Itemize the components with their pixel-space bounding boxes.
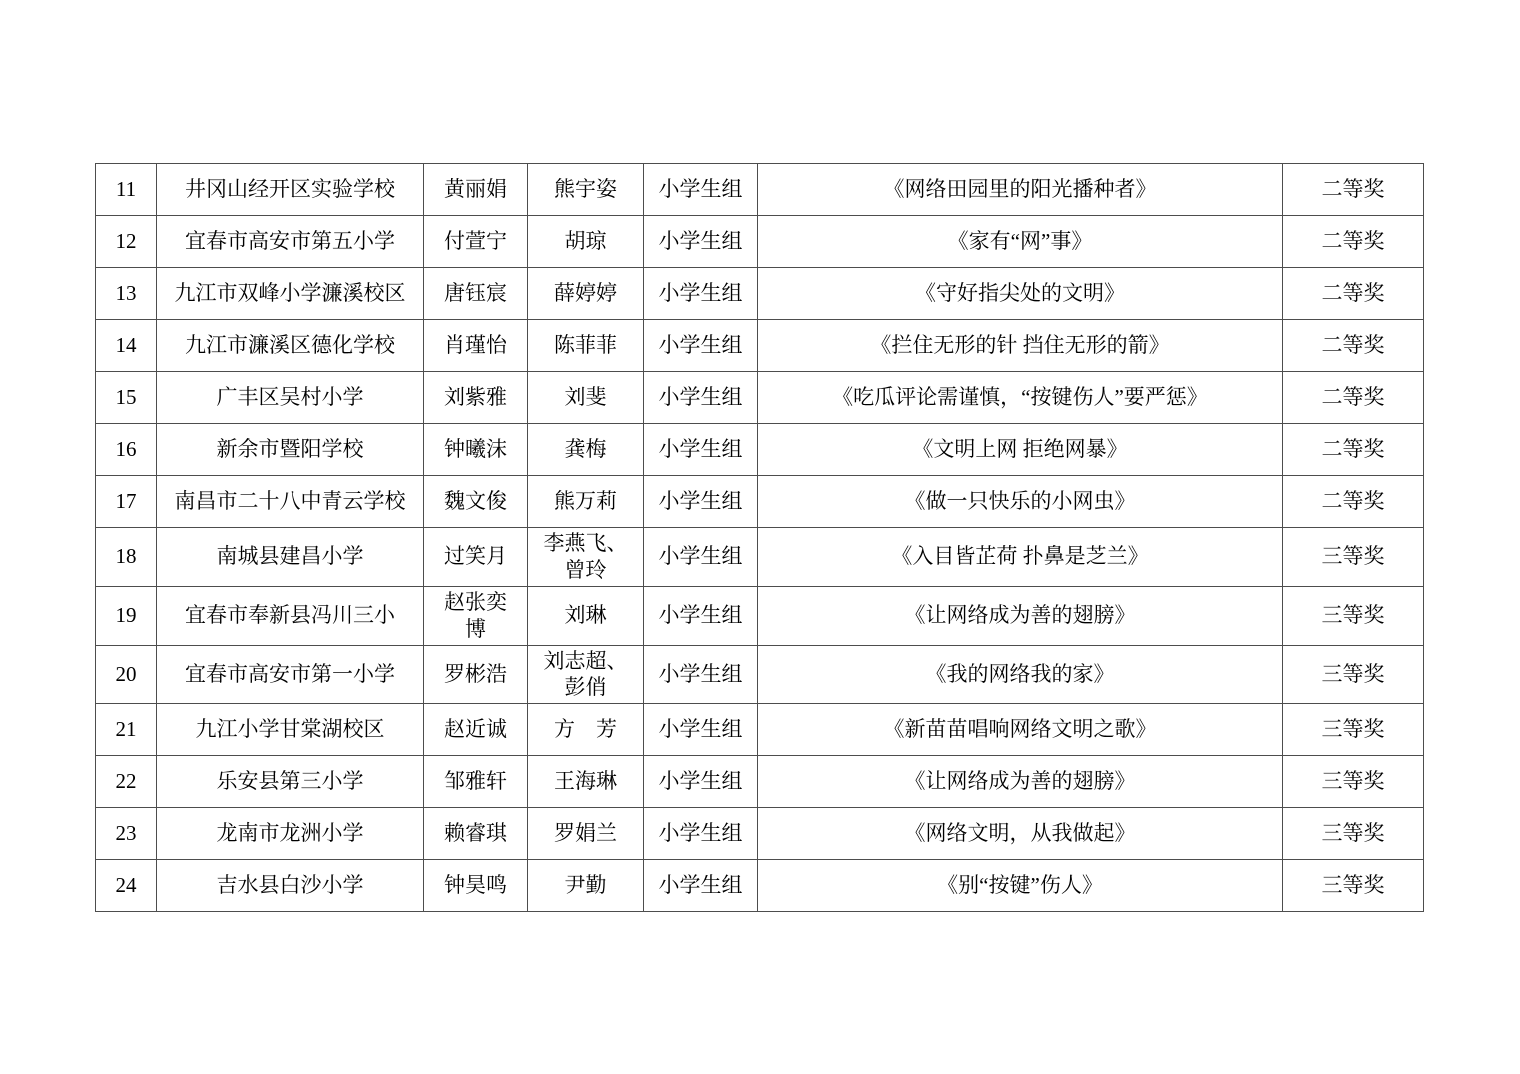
cell-student-name: 邹雅轩 [424,756,528,808]
cell-school-name: 新余市暨阳学校 [157,424,424,476]
cell-group-label: 小学生组 [644,320,758,372]
cell-work-title: 《新苗苗唱响网络文明之歌》 [758,704,1283,756]
cell-row-number: 17 [96,476,157,528]
cell-school-name: 井冈山经开区实验学校 [157,164,424,216]
table-row: 24 吉水县白沙小学 钟昊鸣 尹勤 小学生组 《别“按键”伤人》 三等奖 [96,860,1424,912]
cell-student-name: 赵近诚 [424,704,528,756]
awards-table-body: 11 井冈山经开区实验学校 黄丽娟 熊宇姿 小学生组 《网络田园里的阳光播种者》… [96,164,1424,912]
cell-teacher-name: 刘斐 [528,372,644,424]
table-row: 12 宜春市高安市第五小学 付萱宁 胡琼 小学生组 《家有“网”事》 二等奖 [96,216,1424,268]
table-row: 23 龙南市龙洲小学 赖睿琪 罗娟兰 小学生组 《网络文明，从我做起》 三等奖 [96,808,1424,860]
cell-group-label: 小学生组 [644,372,758,424]
cell-row-number: 23 [96,808,157,860]
cell-school-name: 九江小学甘棠湖校区 [157,704,424,756]
cell-school-name: 龙南市龙洲小学 [157,808,424,860]
cell-row-number: 20 [96,645,157,704]
cell-group-label: 小学生组 [644,476,758,528]
cell-group-label: 小学生组 [644,860,758,912]
cell-teacher-name: 胡琼 [528,216,644,268]
cell-award-level: 二等奖 [1283,216,1424,268]
cell-work-title: 《别“按键”伤人》 [758,860,1283,912]
cell-award-level: 三等奖 [1283,645,1424,704]
cell-group-label: 小学生组 [644,808,758,860]
cell-group-label: 小学生组 [644,216,758,268]
cell-row-number: 11 [96,164,157,216]
cell-teacher-name: 罗娟兰 [528,808,644,860]
table-row: 16 新余市暨阳学校 钟曦沫 龚梅 小学生组 《文明上网 拒绝网暴》 二等奖 [96,424,1424,476]
cell-group-label: 小学生组 [644,704,758,756]
table-row: 22 乐安县第三小学 邹雅轩 王海琳 小学生组 《让网络成为善的翅膀》 三等奖 [96,756,1424,808]
table-row: 15 广丰区吴村小学 刘紫雅 刘斐 小学生组 《吃瓜评论需谨慎，“按键伤人”要严… [96,372,1424,424]
cell-award-level: 三等奖 [1283,756,1424,808]
cell-row-number: 13 [96,268,157,320]
cell-row-number: 22 [96,756,157,808]
cell-student-name: 赖睿琪 [424,808,528,860]
cell-teacher-name: 刘琳 [528,586,644,645]
cell-group-label: 小学生组 [644,164,758,216]
cell-award-level: 三等奖 [1283,586,1424,645]
cell-school-name: 吉水县白沙小学 [157,860,424,912]
cell-work-title: 《我的网络我的家》 [758,645,1283,704]
cell-teacher-name: 李燕飞、 曾玲 [528,528,644,587]
cell-student-name: 肖瑾怡 [424,320,528,372]
cell-work-title: 《让网络成为善的翅膀》 [758,586,1283,645]
cell-row-number: 19 [96,586,157,645]
cell-row-number: 12 [96,216,157,268]
cell-row-number: 21 [96,704,157,756]
table-row: 21 九江小学甘棠湖校区 赵近诚 方 芳 小学生组 《新苗苗唱响网络文明之歌》 … [96,704,1424,756]
cell-teacher-name: 熊宇姿 [528,164,644,216]
cell-work-title: 《守好指尖处的文明》 [758,268,1283,320]
cell-teacher-name: 熊万莉 [528,476,644,528]
table-row: 13 九江市双峰小学濂溪校区 唐钰宸 薛婷婷 小学生组 《守好指尖处的文明》 二… [96,268,1424,320]
cell-group-label: 小学生组 [644,268,758,320]
cell-award-level: 三等奖 [1283,528,1424,587]
cell-work-title: 《网络田园里的阳光播种者》 [758,164,1283,216]
cell-work-title: 《让网络成为善的翅膀》 [758,756,1283,808]
cell-teacher-name: 陈菲菲 [528,320,644,372]
cell-student-name: 魏文俊 [424,476,528,528]
cell-award-level: 二等奖 [1283,372,1424,424]
document-page: 11 井冈山经开区实验学校 黄丽娟 熊宇姿 小学生组 《网络田园里的阳光播种者》… [0,0,1520,1074]
cell-award-level: 三等奖 [1283,860,1424,912]
cell-work-title: 《入目皆芷荷 扑鼻是芝兰》 [758,528,1283,587]
cell-student-name: 唐钰宸 [424,268,528,320]
cell-award-level: 三等奖 [1283,704,1424,756]
cell-school-name: 宜春市高安市第五小学 [157,216,424,268]
cell-award-level: 二等奖 [1283,476,1424,528]
awards-table-container: 11 井冈山经开区实验学校 黄丽娟 熊宇姿 小学生组 《网络田园里的阳光播种者》… [95,163,1424,912]
cell-school-name: 南城县建昌小学 [157,528,424,587]
cell-school-name: 南昌市二十八中青云学校 [157,476,424,528]
cell-teacher-name: 龚梅 [528,424,644,476]
cell-award-level: 三等奖 [1283,808,1424,860]
cell-award-level: 二等奖 [1283,424,1424,476]
cell-teacher-name: 尹勤 [528,860,644,912]
cell-group-label: 小学生组 [644,645,758,704]
cell-teacher-name: 王海琳 [528,756,644,808]
cell-teacher-name: 方 芳 [528,704,644,756]
table-row: 18 南城县建昌小学 过笑月 李燕飞、 曾玲 小学生组 《入目皆芷荷 扑鼻是芝兰… [96,528,1424,587]
cell-group-label: 小学生组 [644,528,758,587]
cell-student-name: 钟曦沫 [424,424,528,476]
cell-group-label: 小学生组 [644,756,758,808]
cell-teacher-name: 刘志超、 彭俏 [528,645,644,704]
cell-student-name: 黄丽娟 [424,164,528,216]
cell-group-label: 小学生组 [644,424,758,476]
cell-row-number: 18 [96,528,157,587]
cell-group-label: 小学生组 [644,586,758,645]
cell-student-name: 赵张奕 博 [424,586,528,645]
table-row: 19 宜春市奉新县冯川三小 赵张奕 博 刘琳 小学生组 《让网络成为善的翅膀》 … [96,586,1424,645]
cell-school-name: 九江市濂溪区德化学校 [157,320,424,372]
cell-row-number: 16 [96,424,157,476]
cell-work-title: 《做一只快乐的小网虫》 [758,476,1283,528]
cell-work-title: 《文明上网 拒绝网暴》 [758,424,1283,476]
cell-work-title: 《家有“网”事》 [758,216,1283,268]
table-row: 11 井冈山经开区实验学校 黄丽娟 熊宇姿 小学生组 《网络田园里的阳光播种者》… [96,164,1424,216]
awards-table: 11 井冈山经开区实验学校 黄丽娟 熊宇姿 小学生组 《网络田园里的阳光播种者》… [95,163,1424,912]
cell-student-name: 过笑月 [424,528,528,587]
cell-award-level: 二等奖 [1283,268,1424,320]
cell-school-name: 宜春市高安市第一小学 [157,645,424,704]
cell-teacher-name: 薛婷婷 [528,268,644,320]
cell-school-name: 广丰区吴村小学 [157,372,424,424]
cell-school-name: 九江市双峰小学濂溪校区 [157,268,424,320]
table-row: 14 九江市濂溪区德化学校 肖瑾怡 陈菲菲 小学生组 《拦住无形的针 挡住无形的… [96,320,1424,372]
cell-student-name: 刘紫雅 [424,372,528,424]
cell-row-number: 24 [96,860,157,912]
table-row: 20 宜春市高安市第一小学 罗彬浩 刘志超、 彭俏 小学生组 《我的网络我的家》… [96,645,1424,704]
cell-row-number: 15 [96,372,157,424]
cell-row-number: 14 [96,320,157,372]
cell-school-name: 宜春市奉新县冯川三小 [157,586,424,645]
cell-award-level: 二等奖 [1283,320,1424,372]
cell-work-title: 《拦住无形的针 挡住无形的箭》 [758,320,1283,372]
cell-school-name: 乐安县第三小学 [157,756,424,808]
cell-student-name: 罗彬浩 [424,645,528,704]
cell-student-name: 付萱宁 [424,216,528,268]
cell-work-title: 《网络文明，从我做起》 [758,808,1283,860]
table-row: 17 南昌市二十八中青云学校 魏文俊 熊万莉 小学生组 《做一只快乐的小网虫》 … [96,476,1424,528]
cell-award-level: 二等奖 [1283,164,1424,216]
cell-student-name: 钟昊鸣 [424,860,528,912]
cell-work-title: 《吃瓜评论需谨慎，“按键伤人”要严惩》 [758,372,1283,424]
